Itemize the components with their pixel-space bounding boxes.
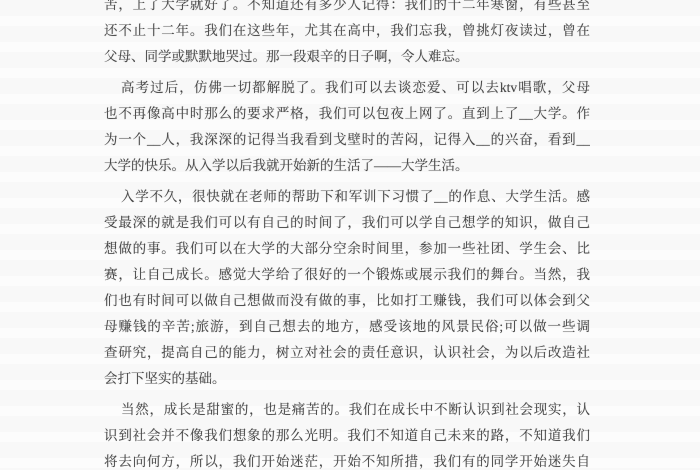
text-line: 母赚钱的辛苦;旅游，到自己想去的地方，感受该地的风景民俗;可以做一些调: [104, 314, 590, 340]
text-line: 查研究，提高自己的能力，树立对社会的责任意识，认识社会，为以后改造社: [104, 340, 590, 366]
text-line: 为一个__人，我深深的记得当我看到戈壁时的苦闷，记得入__的兴奋，看到__: [104, 127, 590, 153]
text-line: 赛，让自己成长。感觉大学给了很好的一个锻炼或展示我们的舞台。当然，我: [104, 262, 590, 288]
text-line: 高考过后，仿佛一切都解脱了。我们可以去谈恋爱、可以去ktv唱歌，父母: [104, 75, 590, 101]
text-line: 父母、同学或默默地哭过。那一段艰辛的日子啊，令人难忘。: [104, 44, 590, 70]
text-line: 将去向何方，所以，我们开始迷茫，开始不知所措，我们有的同学开始迷失自: [104, 449, 590, 470]
text-line: 还不止十二年。我们在这些年，尤其在高中，我们忘我，曾挑灯夜读过，曾在: [104, 18, 590, 44]
document-page: 苦，上了大学就好了。不知道还有多少人记得：我们的十二年寒窗，有些甚至还不止十二年…: [0, 0, 700, 470]
text-line: 大学的快乐。从入学以后我就开始新的生活了——大学生活。: [104, 153, 590, 179]
text-line: 想做的事。我们可以在大学的大部分空余时间里，参加一些社团、学生会、比: [104, 236, 590, 262]
text-line: 当然，成长是甜蜜的，也是痛苦的。我们在成长中不断认识到社会现实，认: [104, 397, 590, 423]
essay-text-block: 苦，上了大学就好了。不知道还有多少人记得：我们的十二年寒窗，有些甚至还不止十二年…: [104, 0, 590, 470]
text-line: 也不再像高中时那么的要求严格，我们可以包夜上网了。直到上了__大学。作: [104, 101, 590, 127]
text-line: 苦，上了大学就好了。不知道还有多少人记得：我们的十二年寒窗，有些甚至: [104, 0, 590, 18]
text-line: 识到社会并不像我们想象的那么光明。我们不知道自己未来的路，不知道我们: [104, 423, 590, 449]
text-line: 入学不久，很快就在老师的帮助下和军训下习惯了__的作息、大学生活。感: [104, 184, 590, 210]
text-line: 受最深的就是我们可以有自己的时间了，我们可以学自己想学的知识，做自己: [104, 210, 590, 236]
text-line: 会打下坚实的基础。: [104, 366, 590, 392]
text-line: 们也有时间可以做自己想做而没有做的事，比如打工赚钱，我们可以体会到父: [104, 288, 590, 314]
